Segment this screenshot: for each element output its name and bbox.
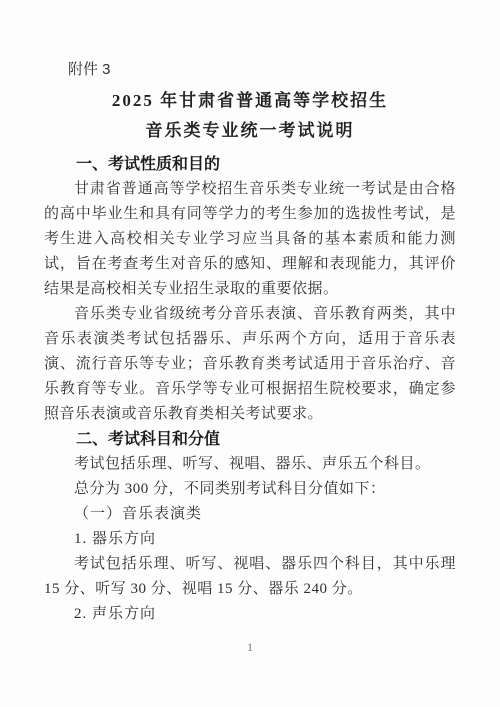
item-1-text: 考试包括乐理、听写、视唱、器乐四个科目，其中乐理 15 分、听写 30 分、视唱…	[44, 552, 456, 602]
section-1-heading: 一、考试性质和目的	[44, 152, 456, 177]
document-page: 附件 3 2025 年甘肃省普通高等学校招生 音乐类专业统一考试说明 一、考试性…	[0, 0, 500, 707]
section-1-paragraph-1: 甘肃省普通高等学校招生音乐类专业统一考试是由合格的高中毕业生和具有同等学力的考生…	[44, 177, 456, 302]
document-content: 附件 3 2025 年甘肃省普通高等学校招生 音乐类专业统一考试说明 一、考试性…	[0, 0, 500, 627]
document-title-line1: 2025 年甘肃省普通高等学校招生	[44, 86, 456, 116]
document-title: 2025 年甘肃省普通高等学校招生 音乐类专业统一考试说明	[44, 86, 456, 146]
document-title-line2: 音乐类专业统一考试说明	[44, 116, 456, 146]
section-1-paragraph-2: 音乐类专业省级统考分音乐表演、音乐教育两类，其中音乐表演类考试包括器乐、声乐两个…	[44, 302, 456, 427]
page-number: 1	[0, 640, 500, 655]
subsection-heading-music-performance: （一）音乐表演类	[44, 502, 456, 527]
attachment-label: 附件 3	[68, 62, 456, 78]
section-2-heading: 二、考试科目和分值	[44, 427, 456, 452]
item-1-label-instrumental: 1. 器乐方向	[44, 527, 456, 552]
section-2-paragraph-2: 总分为 300 分，不同类别考试科目分值如下：	[44, 477, 456, 502]
section-2-paragraph-1: 考试包括乐理、听写、视唱、器乐、声乐五个科目。	[44, 452, 456, 477]
item-2-label-vocal: 2. 声乐方向	[44, 602, 456, 627]
